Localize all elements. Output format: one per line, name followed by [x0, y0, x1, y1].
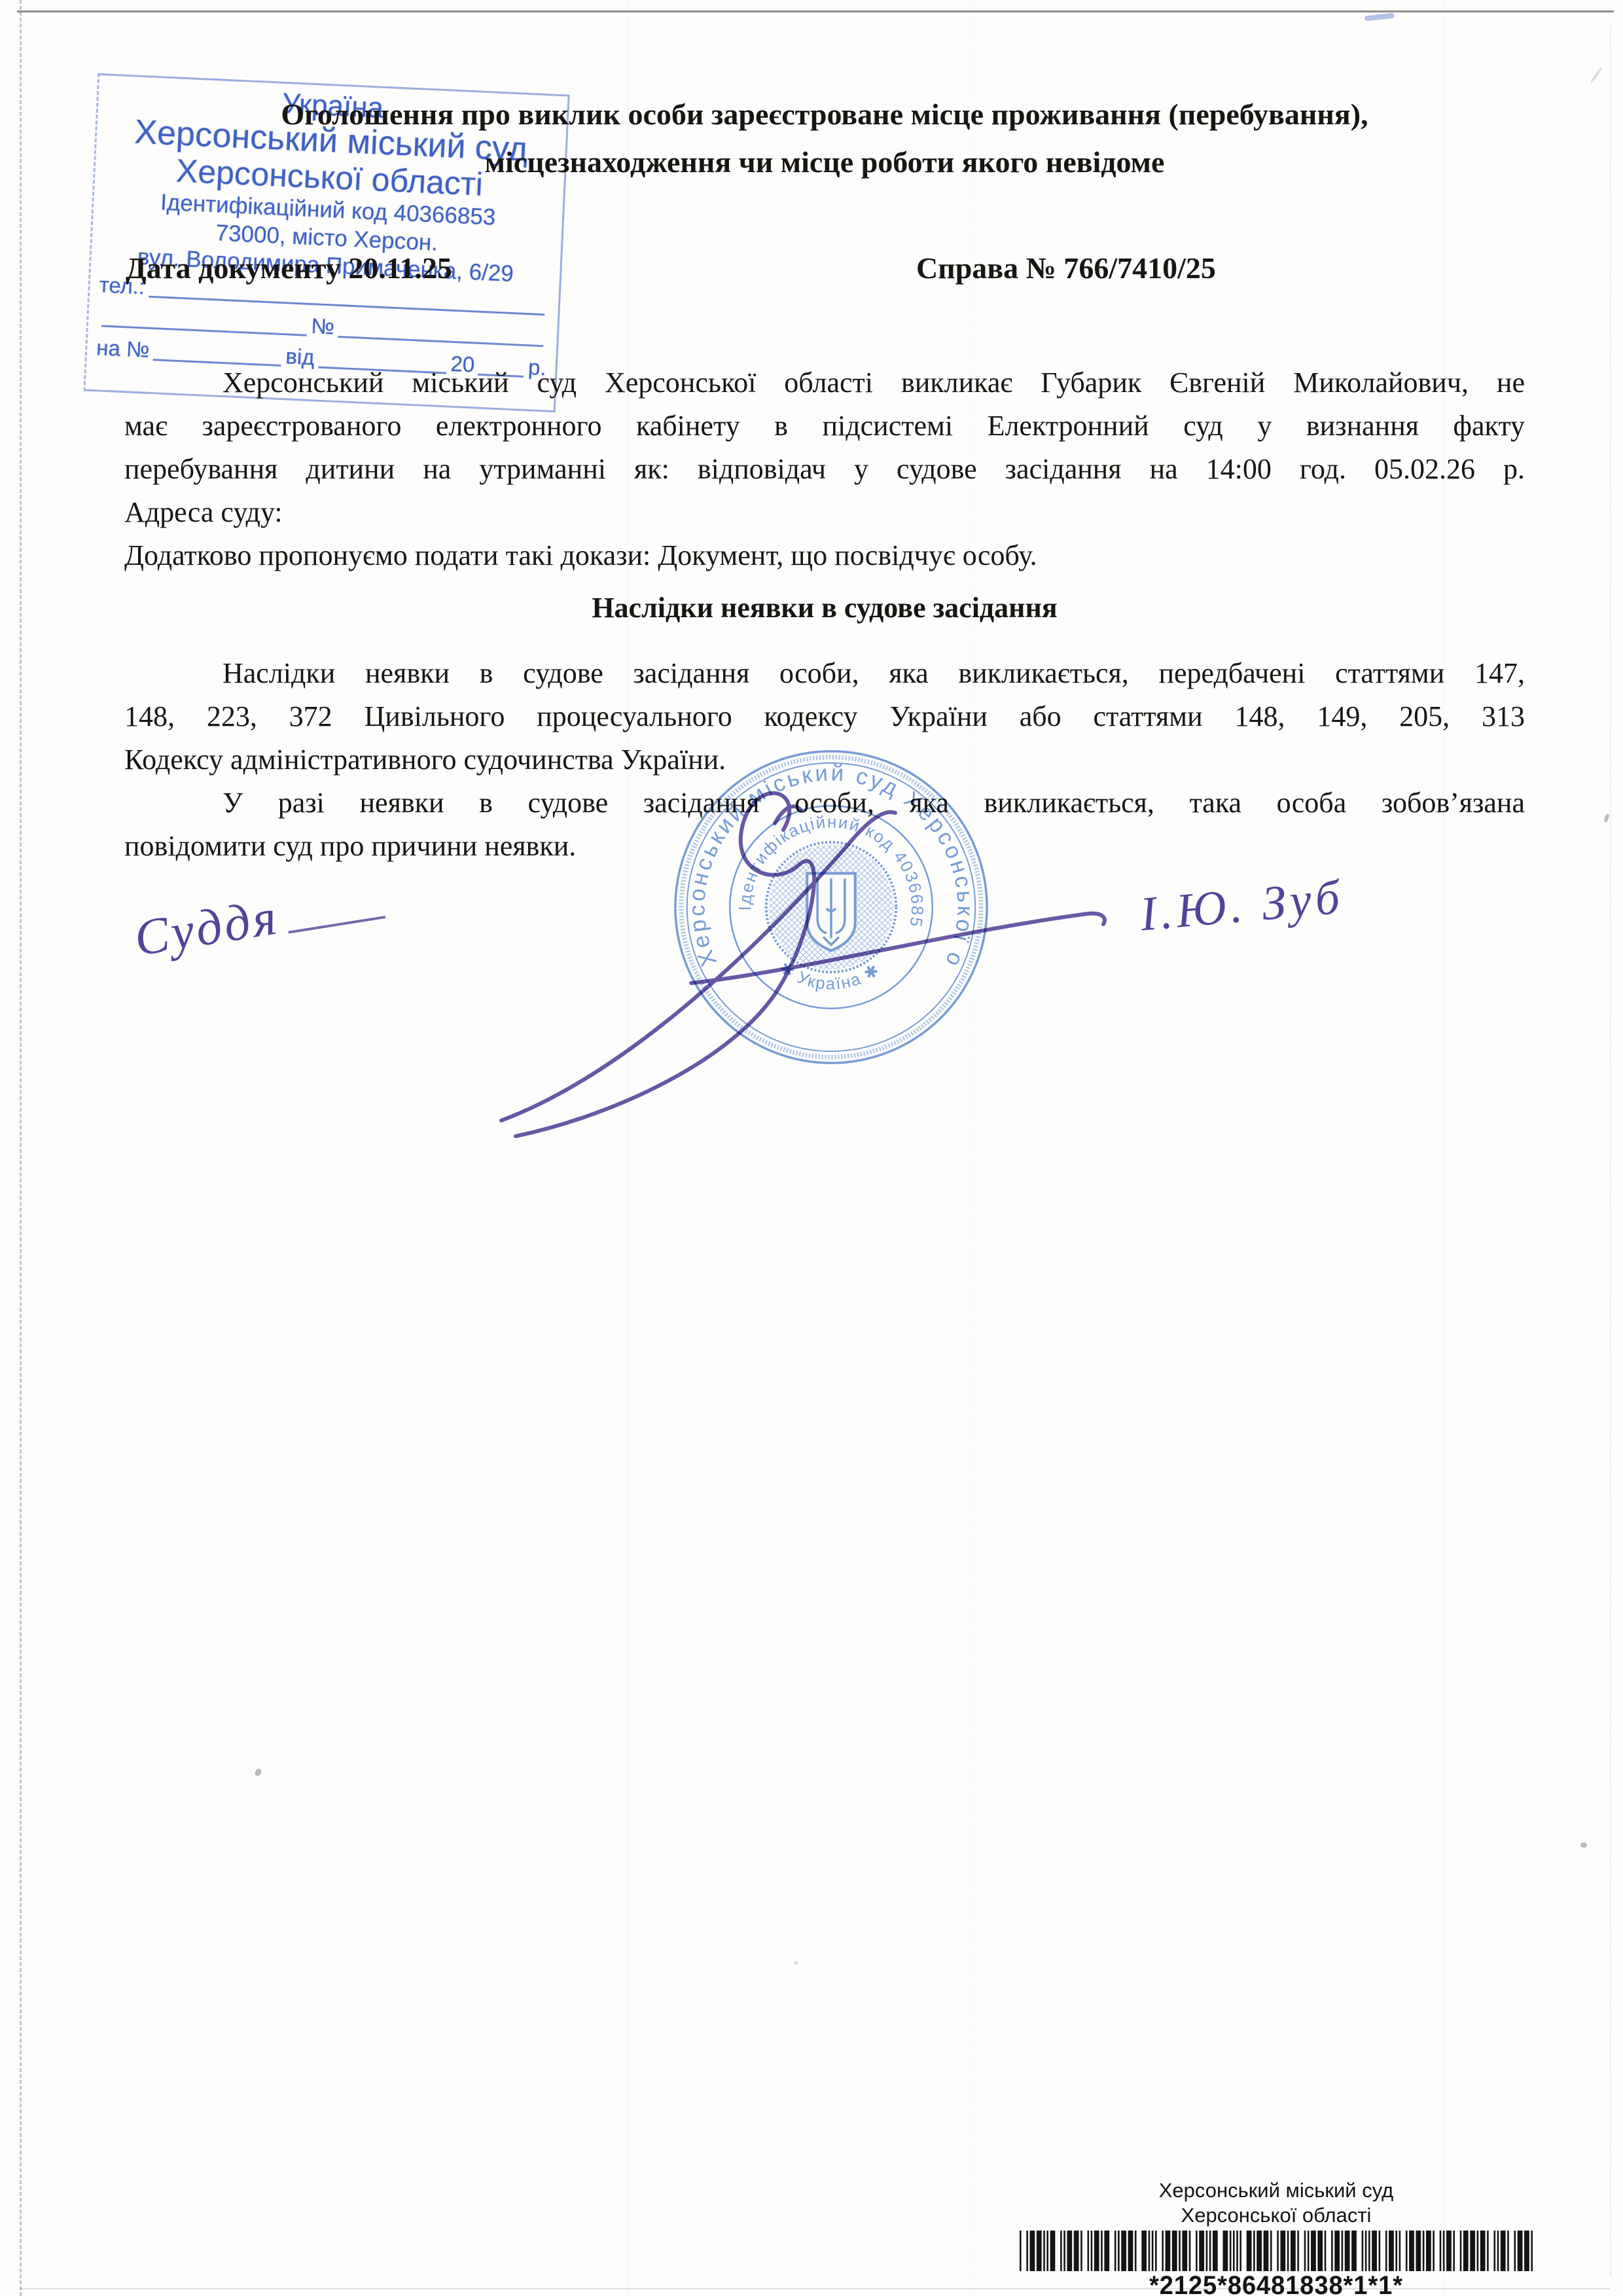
trident-coat-of-arms-icon	[807, 873, 855, 950]
official-round-seal: Херсонський міський суд Херсонської обла…	[669, 745, 993, 1069]
scan-edge-artifact	[1610, 26, 1611, 2276]
scan-speck	[1590, 67, 1603, 84]
scan-edge-artifact	[20, 0, 22, 2296]
case-number: Справа № 766/7410/25	[916, 251, 1216, 285]
code39-barcode	[1020, 2231, 1533, 2271]
footer-court-line1: Херсонський міський суд	[1011, 2178, 1541, 2203]
evidence-line: Додатково пропонуємо подати такі докази:…	[124, 534, 1525, 577]
stamp-number-label: №	[310, 310, 335, 343]
scan-speck	[1603, 813, 1610, 823]
handwritten-judge-name: І.Ю. Зуб	[1138, 870, 1346, 943]
footer-court-line2: Херсонської області	[1011, 2203, 1541, 2228]
section-heading: Наслідки неявки в судове засідання	[124, 586, 1525, 630]
barcode-value-text: *2125*86481838*1*1*	[1024, 2271, 1528, 2296]
document-date: Дата документу 20.11.25	[126, 251, 452, 285]
body-paragraph-2-line: 148, 223, 372 Цивільного процесуального …	[124, 695, 1525, 738]
court-address-line: Адреса суду:	[124, 491, 1525, 534]
body-paragraph-1-line: перебування дитини на утриманні як: відп…	[124, 448, 1525, 491]
scan-speck	[794, 1961, 798, 1965]
scan-edge-artifact	[17, 10, 1614, 12]
title-line-2: місцезнаходження чи місце роботи якого н…	[124, 138, 1525, 186]
handwritten-judge-word: Суддя	[130, 887, 283, 968]
ink-smudge	[1364, 13, 1395, 22]
scan-speck	[1580, 1842, 1587, 1848]
scan-speck	[254, 1768, 263, 1778]
document-footer: Херсонський міський суд Херсонської обла…	[1011, 2178, 1541, 2296]
body-paragraph-1-line: має зареєстрованого електронного кабінет…	[124, 404, 1525, 448]
body-paragraph-1-line: Херсонський міський суд Херсонської обла…	[124, 361, 1525, 404]
scanned-court-document: Україна Херсонський міський суд Херсонсь…	[0, 0, 1623, 2296]
title-line-1: Оголошення про виклик особи зареєстрован…	[124, 90, 1525, 138]
document-title: Оголошення про виклик особи зареєстрован…	[124, 90, 1525, 186]
body-paragraph-2-line: Наслідки неявки в судове засідання особи…	[124, 652, 1525, 695]
